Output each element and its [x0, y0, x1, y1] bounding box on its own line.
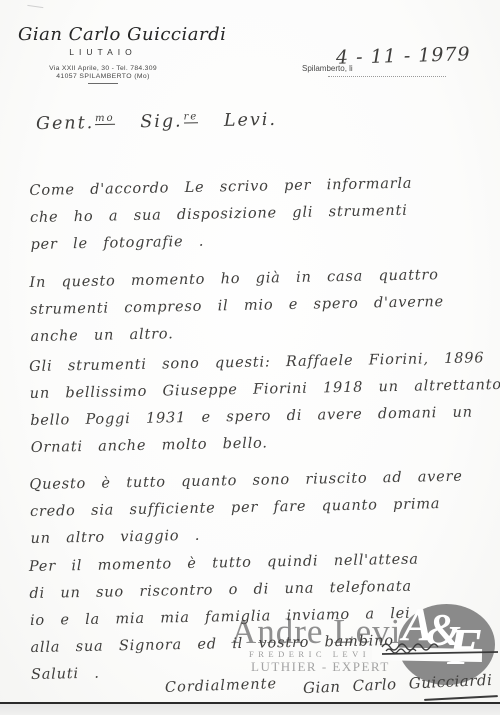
scanned-letter-page: Gian Carlo Guicciardi LIUTAIO Via XXII A… — [0, 0, 500, 715]
signature-underline — [424, 695, 498, 701]
salutation-sigre: Sig.re — [140, 111, 198, 132]
letter-paragraph-4: Questo è tutto quanto sono riuscito ad a… — [29, 463, 486, 553]
salutation-gent: Gent. — [36, 113, 95, 134]
salutation: Gent.mo Sig.re Levi. — [36, 110, 277, 134]
scanner-background-strip — [0, 704, 500, 715]
letter-paragraph-1: Come d'accordo Le scrivo per informarla … — [29, 169, 486, 259]
letter-paragraph-5: Per il momento è tutto quindi nell'attes… — [29, 545, 488, 689]
letter-paragraph-3: Gli strumenti sono questi: Raffaele Fior… — [29, 345, 487, 462]
letterhead-address: Via XXII Aprile, 30 - Tel. 784.309 — [18, 65, 188, 72]
crossed-out-word-scribble — [380, 640, 500, 658]
handwritten-date: 4 - 11 - 1979 — [336, 43, 471, 69]
scan-smudge-artifact — [27, 5, 44, 13]
letterhead-rule — [88, 83, 118, 84]
salutation-gentmo: Gent.mo — [36, 113, 115, 134]
letterhead-profession: LIUTAIO — [18, 47, 188, 57]
salutation-sig: Sig. — [140, 112, 183, 133]
salutation-levi: Levi. — [224, 110, 277, 131]
salutation-sup-mo: mo — [95, 113, 115, 125]
letter-paragraph-2: In questo momento ho già in casa quattro… — [29, 261, 486, 351]
letterhead-name: Gian Carlo Guicciardi — [18, 24, 188, 45]
closing-word: Cordialmente — [165, 676, 278, 696]
letterhead-city: 41057 SPILAMBERTO (Mo) — [18, 73, 188, 80]
letterhead: Gian Carlo Guicciardi LIUTAIO Via XXII A… — [18, 24, 188, 84]
salutation-sup-re: re — [183, 111, 198, 123]
